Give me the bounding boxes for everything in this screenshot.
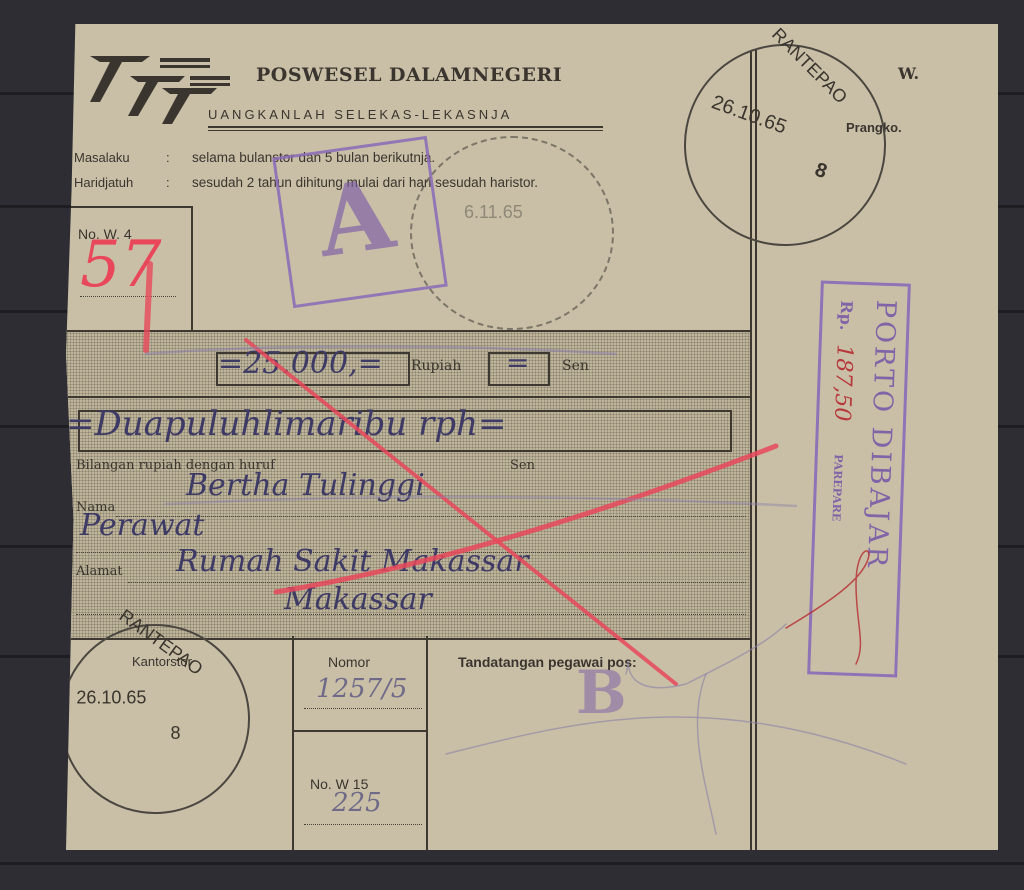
annotation-strokes bbox=[66, 24, 998, 850]
background-shelf-line bbox=[0, 862, 1024, 865]
money-order-form: POSWESEL DALAMNEGERI UANGKANLAH SELEKAS-… bbox=[66, 24, 998, 850]
